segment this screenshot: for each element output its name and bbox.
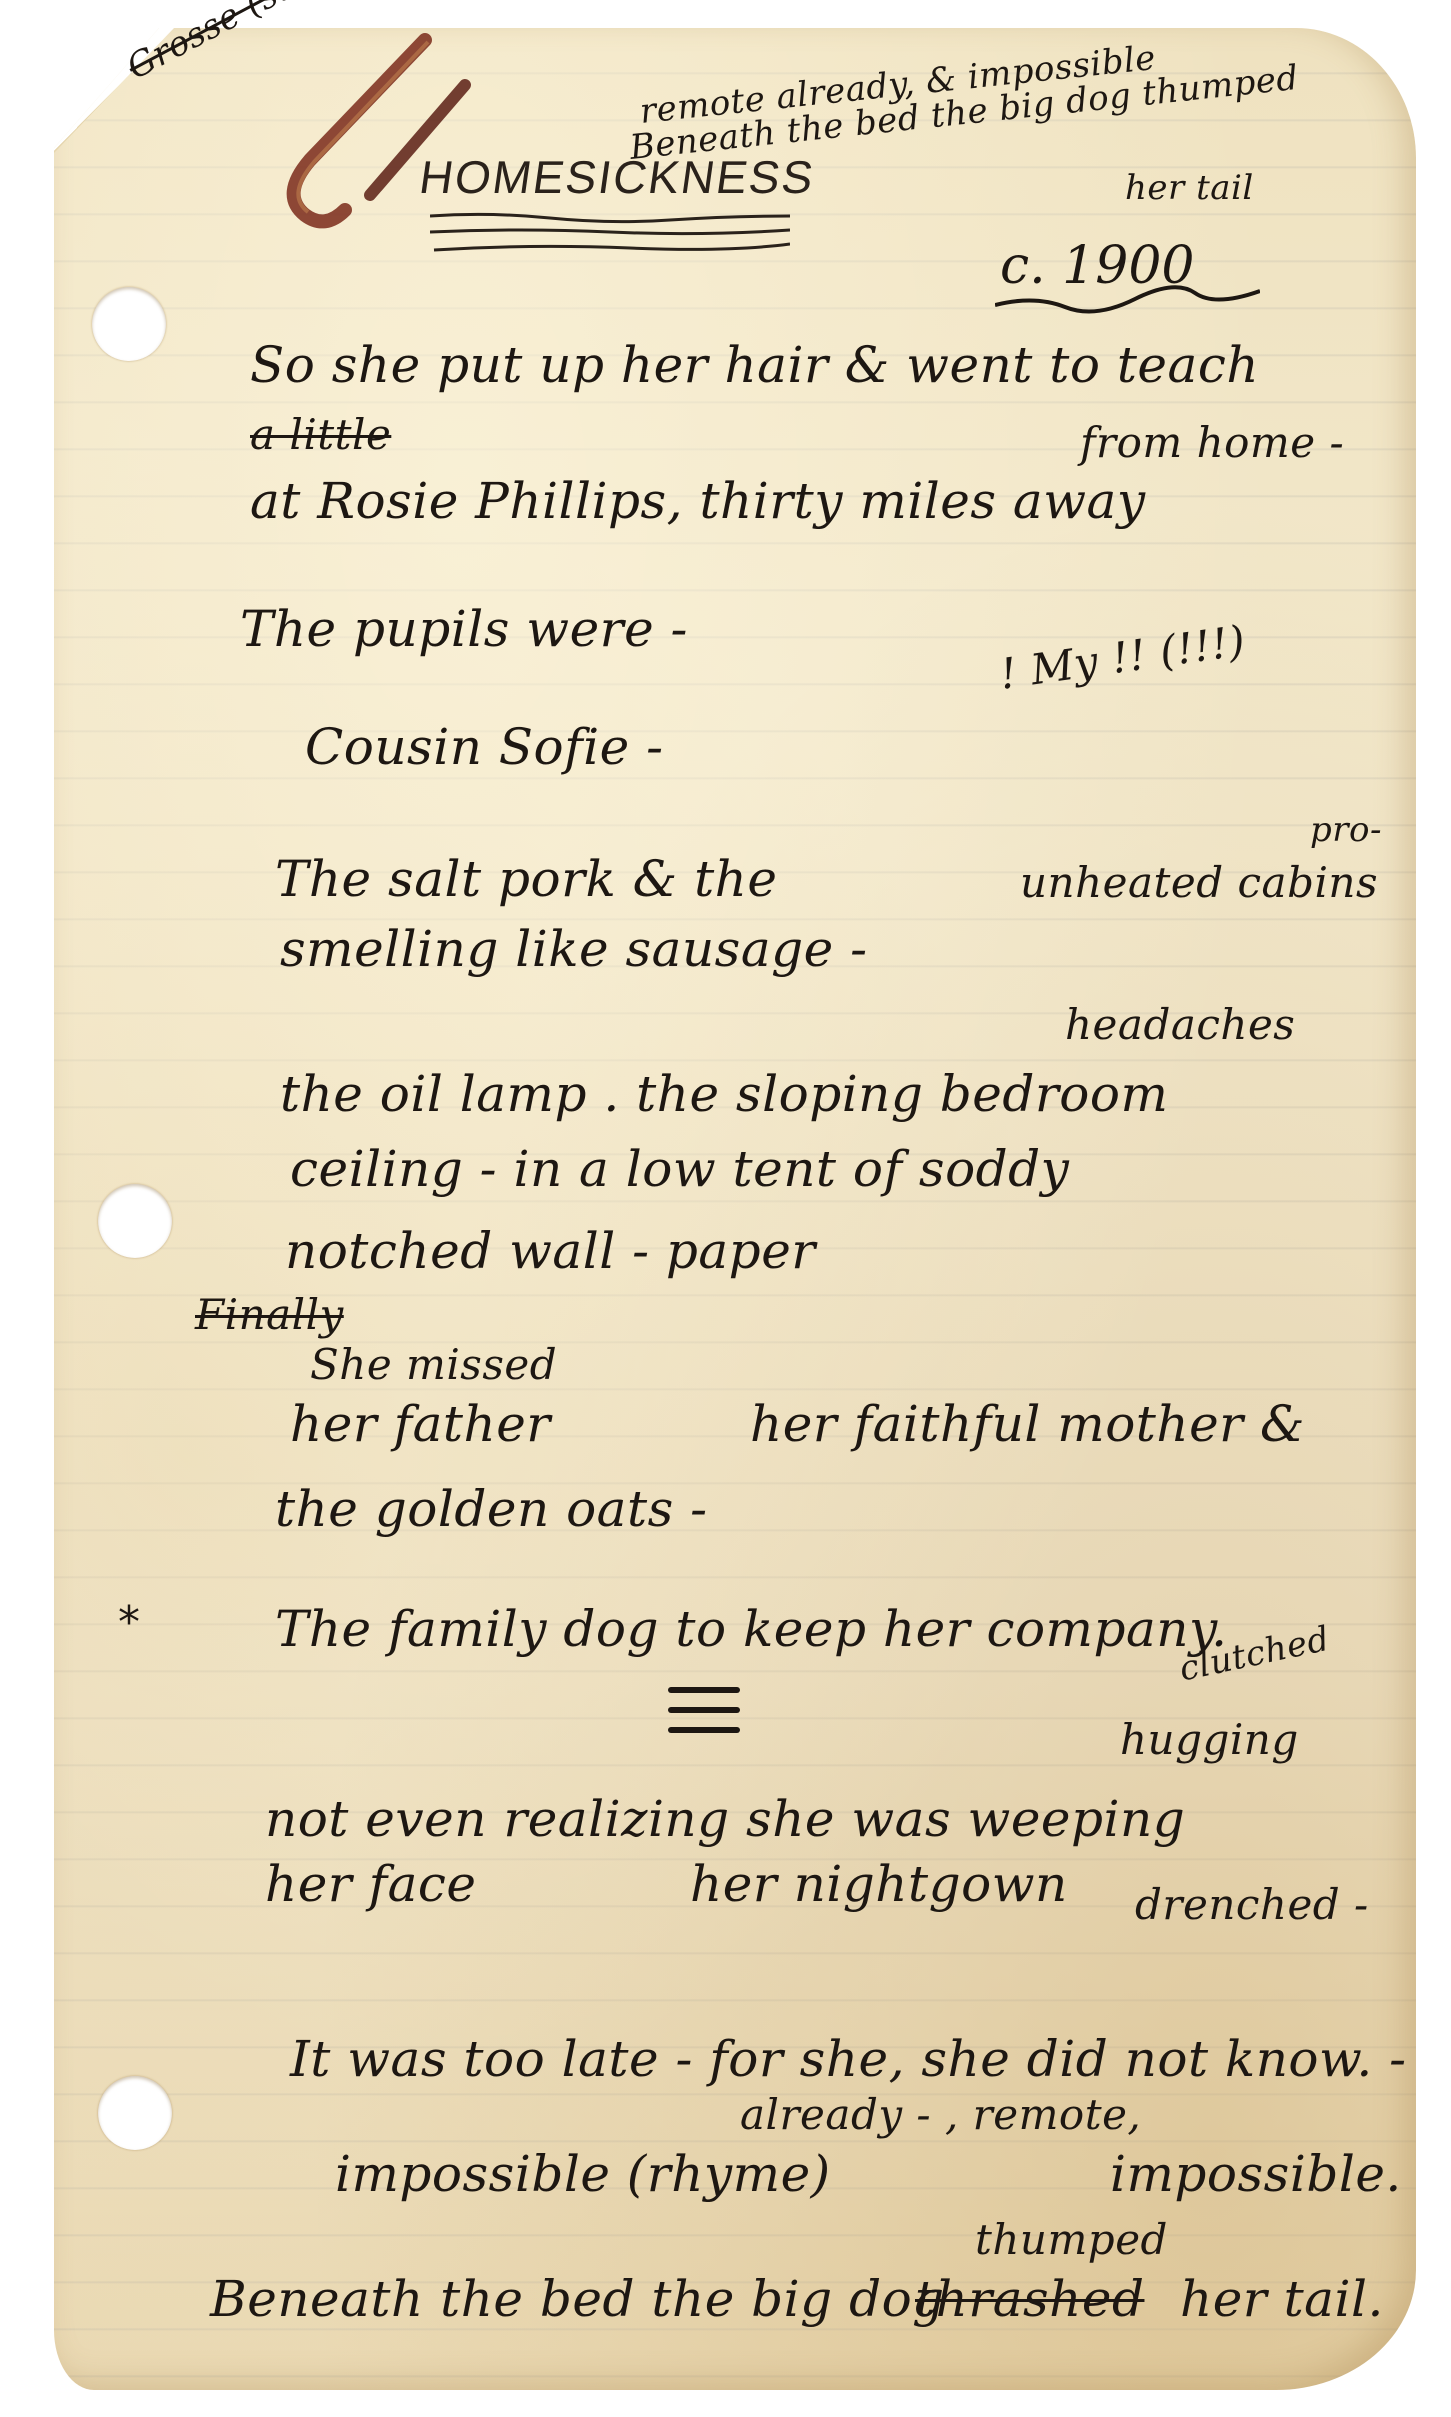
line-3-insert: from home - [1080,418,1344,467]
line-7: smelling like sausage - [280,920,868,978]
line-18-right: drenched - [1135,1880,1369,1929]
insert-line-3: her tail [1125,168,1254,208]
line-21: impossible (rhyme) [335,2145,831,2203]
punch-hole-top [92,287,166,361]
line-22-end: her tail. [1180,2270,1384,2328]
date-underline [995,285,1260,315]
line-6-insert: pro- [1310,810,1382,850]
title-underline [430,210,790,260]
line-5: Cousin Sofie - [305,718,664,776]
line-15: The family dog to keep her company. [275,1600,1228,1658]
line-21-right: impossible. [1110,2145,1402,2203]
line-6: The salt pork & the [275,850,777,908]
line-3: at Rosie Phillips, thirty miles away [250,472,1146,530]
line-10: notched wall - paper [285,1222,816,1280]
line-13-right: her faithful mother & [750,1395,1305,1453]
line-12: She missed [310,1340,557,1389]
line-22-insert: thumped [975,2215,1168,2264]
punch-hole-middle [98,1184,172,1258]
line-14: the golden oats - [275,1480,708,1538]
line-2-struck: a little [250,410,391,459]
line-1: So she put up her hair & went to teach [250,336,1259,394]
asterisk-marker: * [118,1597,140,1648]
line-22: Beneath the bed the big dog [210,2270,945,2328]
line-4: The pupils were - [240,600,688,658]
line-16-right: hugging [1120,1715,1299,1764]
line-18-mid: her nightgown [690,1855,1068,1913]
line-11-struck: Finally [195,1290,344,1339]
line-20: already - , remote, [740,2090,1141,2139]
line-8-insert: headaches [1065,1000,1295,1049]
line-6-right: unheated cabins [1020,858,1378,907]
line-8: the oil lamp . the sloping bedroom [280,1065,1168,1123]
page-title: HOMESICKNESS [416,150,818,204]
line-19: It was too late - for she, she did not k… [290,2030,1407,2088]
punch-hole-bottom [98,2076,172,2150]
line-17: not even realizing she was weeping [265,1790,1185,1848]
line-18: her face [265,1855,477,1913]
section-break-bars [668,1687,740,1747]
line-9: ceiling - in a low tent of soddy [290,1140,1069,1198]
line-22-struck: thrashed [915,2270,1144,2328]
line-13: her father [290,1395,551,1453]
